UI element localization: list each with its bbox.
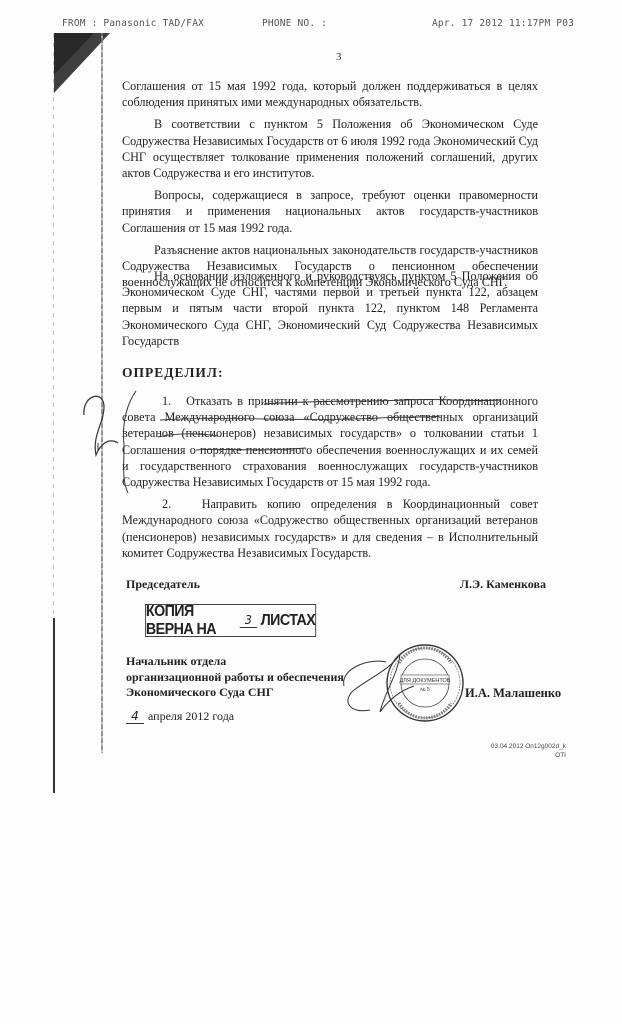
stamp-sheet-count: 3 (239, 613, 257, 628)
decision-heading: ОПРЕДЕЛИЛ: (122, 365, 223, 381)
date-day: 4 (126, 709, 144, 724)
file-ref-line2: ОТI (446, 751, 566, 760)
scan-edge-line (53, 618, 55, 793)
paragraph-continuation: Соглашения от 15 мая 1992 года, который … (122, 78, 538, 110)
item-number: 2. (162, 497, 171, 511)
stamp-suffix: ЛИСТАХ (261, 612, 316, 630)
department-head-title: Начальник отдела организационной работы … (126, 654, 344, 701)
fax-header: FROM : Panasonic TAD/FAX PHONE NO. : Apr… (0, 18, 622, 32)
body-paragraphs: Соглашения от 15 мая 1992 года, который … (122, 78, 538, 290)
decision-items: 1. Отказать в принятии к рассмотрению за… (122, 393, 538, 561)
signing-date: 4апреля 2012 года (126, 709, 234, 724)
head-title-line: Экономического Суда СНГ (126, 685, 344, 701)
scan-margin-line (53, 34, 54, 614)
paragraph-basis: На основании изложенного и руководствуяс… (122, 268, 538, 349)
decision-item-2: 2. Направить копию определения в Координ… (122, 496, 538, 561)
chairman-title: Председатель (126, 577, 200, 592)
seal-number: № 5 (420, 687, 430, 693)
basis-section: На основании изложенного и руководствуяс… (122, 268, 538, 349)
item-text: Направить копию определения в Координаци… (122, 497, 538, 560)
handwritten-margin-mark-icon (78, 385, 138, 495)
copy-certified-stamp: КОПИЯ ВЕРНА НА 3 ЛИСТАХ (145, 604, 316, 637)
decision-item-1: 1. Отказать в принятии к рассмотрению за… (122, 393, 538, 490)
official-seal-icon: ДЛЯ ДОКУМЕНТОВ № 5 (385, 643, 465, 723)
fax-phone: PHONE NO. : (262, 18, 327, 29)
head-title-line: Начальник отдела (126, 654, 344, 670)
department-head-name: И.А. Малашенко (465, 686, 561, 701)
paragraph-questions: Вопросы, содержащиеся в запросе, требуют… (122, 187, 538, 236)
item-number: 1. (162, 394, 171, 408)
fax-from: FROM : Panasonic TAD/FAX (62, 18, 204, 29)
chairman-name: Л.Э. Каменкова (460, 577, 546, 592)
paragraph-article5: В соответствии с пунктом 5 Положения об … (122, 116, 538, 181)
item-text: Отказать в принятии к рассмотрению запро… (122, 394, 538, 489)
date-rest: апреля 2012 года (148, 709, 234, 723)
file-ref-line1: 03.04.2012 Оп12g002d_k (446, 742, 566, 751)
seal-center-text: ДЛЯ ДОКУМЕНТОВ (400, 678, 451, 684)
fax-datetime: Apr. 17 2012 11:17PM P03 (432, 18, 574, 29)
page-number: 3 (336, 51, 342, 63)
file-reference: 03.04.2012 Оп12g002d_k ОТI (446, 742, 566, 760)
stamp-prefix: КОПИЯ ВЕРНА НА (146, 603, 236, 639)
head-title-line: организационной работы и обеспечения (126, 670, 344, 686)
